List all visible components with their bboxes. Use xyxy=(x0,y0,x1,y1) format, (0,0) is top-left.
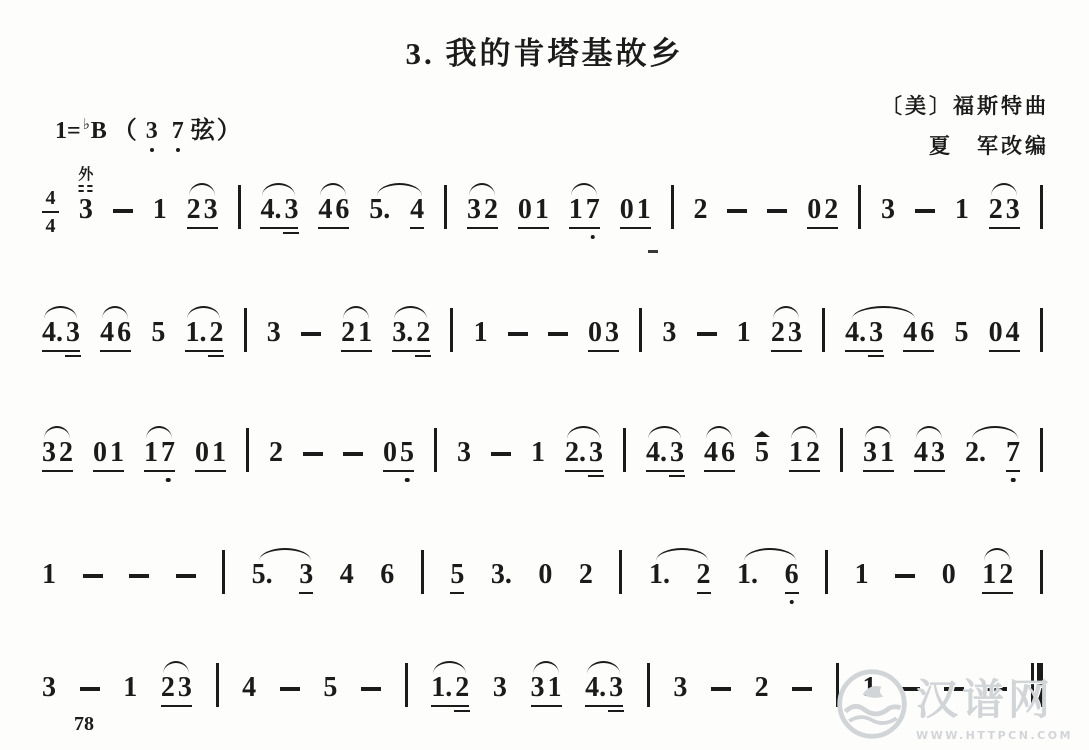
slur xyxy=(377,183,422,196)
music-line-3: 32011701205312.34.34651231432.7 xyxy=(42,433,1043,467)
beam-group: 32 xyxy=(42,439,73,467)
note: 6 xyxy=(380,561,394,589)
note: 5 xyxy=(450,561,464,589)
slur xyxy=(259,548,311,561)
note: 4 xyxy=(1006,319,1020,347)
beam-group: 46 xyxy=(100,319,131,347)
barline xyxy=(639,308,642,352)
barline xyxy=(216,663,219,707)
beam-group: 31 xyxy=(863,439,894,467)
eighth-beam xyxy=(585,705,623,708)
note: 0 xyxy=(538,561,552,589)
note: 3 xyxy=(467,196,481,224)
note: 0 xyxy=(588,319,602,347)
beam-group: 4.3 xyxy=(585,674,623,702)
note: 2 xyxy=(187,196,201,224)
barline xyxy=(623,428,626,472)
note: 1 xyxy=(110,439,124,467)
slur xyxy=(773,306,799,319)
sixteenth-beam xyxy=(415,355,431,358)
note: 3 xyxy=(178,674,192,702)
beam-group: 2 xyxy=(697,561,711,589)
beam-group: 01 xyxy=(518,196,549,224)
sixteenth-beam xyxy=(283,232,299,235)
beam-group: 1.2 xyxy=(431,674,469,702)
note: 1. xyxy=(649,561,670,589)
eighth-beam xyxy=(100,350,131,353)
note: 0 xyxy=(195,439,209,467)
barline xyxy=(1040,428,1043,472)
note: 3 xyxy=(42,674,56,702)
note: 3 xyxy=(869,319,883,347)
eighth-beam xyxy=(392,350,430,353)
barline xyxy=(246,428,249,472)
note: 2 xyxy=(771,319,785,347)
note: 1 xyxy=(212,439,226,467)
note: 1 xyxy=(982,561,996,589)
sixteenth-beam xyxy=(65,355,81,358)
watermark-logo-icon xyxy=(834,666,910,742)
note: 1 xyxy=(474,319,488,347)
barline xyxy=(222,550,225,594)
beam-group: 3.2 xyxy=(392,319,430,347)
slur xyxy=(433,661,466,674)
duration-dash xyxy=(280,687,300,691)
duration-dash xyxy=(491,452,511,456)
slur xyxy=(984,548,1010,561)
barline xyxy=(671,185,674,229)
note: 1 xyxy=(358,319,372,347)
note: 3 xyxy=(284,196,298,224)
sheet-music-page: 3. 我的肯塔基故乡 〔美〕福斯特曲 夏 军改编 1=♭B （37弦） 443外… xyxy=(0,0,1089,750)
eighth-beam xyxy=(42,350,80,353)
duration-dash xyxy=(792,687,812,691)
beam-group: 4.3 xyxy=(646,439,684,467)
note: 2. xyxy=(965,439,986,467)
beam-group: 01 xyxy=(195,439,226,467)
note: 3. xyxy=(491,561,512,589)
slur xyxy=(571,183,597,196)
duration-dash xyxy=(508,332,528,336)
slur xyxy=(744,548,796,561)
barline xyxy=(405,663,408,707)
duration-dash xyxy=(176,574,196,578)
eighth-beam xyxy=(260,227,298,230)
duration-dash xyxy=(727,209,747,213)
eighth-beam xyxy=(771,350,802,353)
low-octave-dot xyxy=(166,478,171,483)
eighth-beam xyxy=(144,470,175,473)
low-octave-dot xyxy=(591,235,596,240)
eighth-beam xyxy=(299,592,313,595)
note: 3 xyxy=(863,439,877,467)
barline xyxy=(840,428,843,472)
note: 1. xyxy=(431,674,452,702)
note: 3 xyxy=(788,319,802,347)
note: 7 xyxy=(1006,439,1020,467)
slur xyxy=(706,426,732,439)
eighth-beam xyxy=(195,470,226,473)
note: 0 xyxy=(518,196,532,224)
sixteenth-beam xyxy=(608,710,624,713)
note: 1 xyxy=(737,319,751,347)
note: 5. xyxy=(252,561,273,589)
note: 3 xyxy=(881,196,895,224)
beam-group: 46 xyxy=(318,196,349,224)
note: 1. xyxy=(185,319,206,347)
slur xyxy=(916,426,942,439)
score: 443外1234.3465.43201170120231234.34651.23… xyxy=(0,0,1089,750)
beam-group: 4.3 xyxy=(42,319,80,347)
beam-group: 5 xyxy=(450,561,464,589)
slur xyxy=(656,548,708,561)
note: 2 xyxy=(161,674,175,702)
eighth-beam xyxy=(588,350,619,353)
note: 3 xyxy=(493,674,507,702)
slur xyxy=(343,306,369,319)
note: 3 xyxy=(457,439,471,467)
barline xyxy=(434,428,437,472)
note: 2 xyxy=(341,319,355,347)
slur xyxy=(163,661,189,674)
note: 6 xyxy=(920,319,934,347)
note: 3 xyxy=(66,319,80,347)
eighth-beam xyxy=(989,227,1020,230)
eighth-beam xyxy=(569,227,600,230)
note: 7 xyxy=(586,196,600,224)
eighth-beam xyxy=(467,227,498,230)
note: 5 xyxy=(151,319,165,347)
note: 0 xyxy=(383,439,397,467)
barline xyxy=(1040,550,1043,594)
eighth-beam xyxy=(565,470,603,473)
note: 4 xyxy=(340,561,354,589)
beam-group: 4.3 xyxy=(260,196,298,224)
note: 4 xyxy=(704,439,718,467)
duration-dash xyxy=(301,332,321,336)
barline xyxy=(1040,308,1043,352)
music-line-2: 4.34651.23213.210331234.346504 xyxy=(42,313,1043,347)
beam-group: 7 xyxy=(1006,439,1020,467)
beam-group: 23 xyxy=(187,196,218,224)
note: 3 xyxy=(670,439,684,467)
note: 3 xyxy=(204,196,218,224)
barline xyxy=(858,185,861,229)
barline xyxy=(238,185,241,229)
eighth-beam xyxy=(863,470,894,473)
beam-group: 32 xyxy=(467,196,498,224)
note: 4 xyxy=(242,674,256,702)
note: 2 xyxy=(484,196,498,224)
beam-group: 12 xyxy=(789,439,820,467)
beam-group: 23 xyxy=(989,196,1020,224)
beam-group: 4.3 xyxy=(845,319,883,347)
note: 6 xyxy=(117,319,131,347)
note: 4 xyxy=(100,319,114,347)
duration-dash xyxy=(697,332,717,336)
slur xyxy=(865,426,891,439)
note: 1 xyxy=(144,439,158,467)
note: 3 xyxy=(42,439,56,467)
note: 3 xyxy=(531,674,545,702)
slur xyxy=(533,661,559,674)
note: 1 xyxy=(569,196,583,224)
low-octave-dot xyxy=(1011,478,1016,483)
note: 1 xyxy=(880,439,894,467)
barline xyxy=(647,663,650,707)
beam-group: 02 xyxy=(807,196,838,224)
note: 0 xyxy=(93,439,107,467)
note: 2 xyxy=(824,196,838,224)
note: 3 xyxy=(267,319,281,347)
eighth-beam xyxy=(646,470,684,473)
beam-group: 01 xyxy=(93,439,124,467)
duration-dash xyxy=(303,452,323,456)
beam-group: 23 xyxy=(771,319,802,347)
note: 3 xyxy=(609,674,623,702)
eighth-beam xyxy=(42,470,73,473)
sixteenth-beam xyxy=(454,710,470,713)
beam-group: 46 xyxy=(704,439,735,467)
note: 4 xyxy=(914,439,928,467)
note: 2 xyxy=(269,439,283,467)
slur xyxy=(648,426,681,439)
note: 6 xyxy=(721,439,735,467)
note: 6 xyxy=(785,561,799,589)
watermark-site-name: 汉谱网 xyxy=(916,667,1073,727)
sixteenth-beam xyxy=(588,475,604,478)
eighth-beam xyxy=(185,350,223,353)
note: 4. xyxy=(646,439,667,467)
beam-group: 05 xyxy=(383,439,414,467)
eighth-beam xyxy=(161,705,192,708)
eighth-beam xyxy=(1006,470,1020,473)
duration-dash xyxy=(895,574,915,578)
note: 3. xyxy=(392,319,413,347)
note: 4. xyxy=(845,319,866,347)
beam-group: 4 xyxy=(410,196,424,224)
eighth-beam xyxy=(785,592,799,595)
low-octave-dot xyxy=(405,478,410,483)
duration-dash xyxy=(343,452,363,456)
note: 1 xyxy=(123,674,137,702)
slur xyxy=(320,183,346,196)
eighth-beam xyxy=(989,350,1020,353)
note: 7 xyxy=(161,439,175,467)
duration-dash xyxy=(113,209,133,213)
note: 5. xyxy=(369,196,390,224)
slur xyxy=(394,306,427,319)
eighth-beam xyxy=(187,227,218,230)
eighth-beam xyxy=(518,227,549,230)
duration-dash xyxy=(915,209,935,213)
duration-dash xyxy=(129,574,149,578)
watermark-site-url: WWW.HTTPCN.COM xyxy=(916,729,1073,742)
eighth-beam xyxy=(704,470,735,473)
note: 2 xyxy=(999,561,1013,589)
note: 4. xyxy=(260,196,281,224)
note: 5 xyxy=(954,319,968,347)
note: 2 xyxy=(989,196,1003,224)
note: 3 xyxy=(1006,196,1020,224)
note: 3 xyxy=(605,319,619,347)
eighth-beam xyxy=(620,227,651,230)
page-number: 78 xyxy=(74,713,94,736)
eighth-beam xyxy=(341,350,372,353)
watermark-text: 汉谱网 WWW.HTTPCN.COM xyxy=(916,667,1073,742)
note: 4 xyxy=(318,196,332,224)
note: 1 xyxy=(153,196,167,224)
barline xyxy=(450,308,453,352)
duration-dash xyxy=(767,209,787,213)
beam-group: 03 xyxy=(588,319,619,347)
barline xyxy=(444,185,447,229)
eighth-beam xyxy=(914,470,945,473)
outer-string-mark: 外 xyxy=(78,167,93,192)
ink-smudge xyxy=(648,250,658,253)
note: 1 xyxy=(789,439,803,467)
barline xyxy=(822,308,825,352)
note: 3 xyxy=(299,561,313,589)
barline xyxy=(1040,185,1043,229)
note: 2 xyxy=(806,439,820,467)
watermark: 汉谱网 WWW.HTTPCN.COM xyxy=(834,666,1073,742)
note: 6 xyxy=(335,196,349,224)
barline xyxy=(421,550,424,594)
note: 3 xyxy=(589,439,603,467)
slur xyxy=(852,306,915,319)
eighth-beam xyxy=(789,470,820,473)
note: 3 xyxy=(673,674,687,702)
eighth-beam xyxy=(845,350,883,353)
eighth-beam xyxy=(93,470,124,473)
note: 1 xyxy=(637,196,651,224)
note: 0 xyxy=(807,196,821,224)
duration-dash xyxy=(83,574,103,578)
beam-group: 1.2 xyxy=(185,319,223,347)
note: 2 xyxy=(755,674,769,702)
note: 1 xyxy=(548,674,562,702)
note: 2 xyxy=(59,439,73,467)
note: 5 xyxy=(755,439,769,467)
eighth-beam xyxy=(531,705,562,708)
barline xyxy=(619,550,622,594)
note: 5 xyxy=(400,439,414,467)
beam-group: 12 xyxy=(982,561,1013,589)
barline xyxy=(825,550,828,594)
beam-group: 01 xyxy=(620,196,651,224)
accent-mark xyxy=(754,431,770,437)
note: 3 xyxy=(662,319,676,347)
duration-dash xyxy=(548,332,568,336)
eighth-beam xyxy=(982,592,1013,595)
eighth-beam xyxy=(807,227,838,230)
beam-group: 43 xyxy=(914,439,945,467)
beam-group: 23 xyxy=(161,674,192,702)
beam-group: 3 xyxy=(299,561,313,589)
note: 2 xyxy=(455,674,469,702)
slur xyxy=(102,306,128,319)
music-line-4: 15.34653.021.21.61012 xyxy=(42,555,1043,589)
eighth-beam xyxy=(383,470,414,473)
note: 1 xyxy=(531,439,545,467)
slur xyxy=(469,183,495,196)
low-octave-dot xyxy=(789,600,794,605)
duration-dash xyxy=(711,687,731,691)
slur xyxy=(189,183,215,196)
slur xyxy=(567,426,600,439)
sixteenth-beam xyxy=(669,475,685,478)
note: 1 xyxy=(955,196,969,224)
barline xyxy=(244,308,247,352)
slur xyxy=(187,306,220,319)
note: 4 xyxy=(410,196,424,224)
slur xyxy=(44,306,77,319)
duration-dash xyxy=(361,687,381,691)
slur xyxy=(587,661,620,674)
note: 0 xyxy=(942,561,956,589)
slur xyxy=(146,426,172,439)
note: 0 xyxy=(620,196,634,224)
note: 1 xyxy=(535,196,549,224)
note: 2 xyxy=(697,561,711,589)
beam-group: 31 xyxy=(531,674,562,702)
note: 2 xyxy=(416,319,430,347)
note: 4. xyxy=(42,319,63,347)
slur xyxy=(262,183,295,196)
beam-group: 04 xyxy=(989,319,1020,347)
eighth-beam xyxy=(410,227,424,230)
eighth-beam xyxy=(431,705,469,708)
slur xyxy=(44,426,70,439)
note: 3外 xyxy=(79,196,93,224)
note: 1 xyxy=(855,561,869,589)
note: 4. xyxy=(585,674,606,702)
eighth-beam xyxy=(697,592,711,595)
note: 2 xyxy=(694,196,708,224)
note: 4 xyxy=(903,319,917,347)
note: 3 xyxy=(931,439,945,467)
slur xyxy=(991,183,1017,196)
sixteenth-beam xyxy=(208,355,224,358)
eighth-beam xyxy=(903,350,934,353)
slur xyxy=(972,426,1018,439)
note: 0 xyxy=(989,319,1003,347)
beam-group: 6 xyxy=(785,561,799,589)
note: 5 xyxy=(323,674,337,702)
sixteenth-beam xyxy=(868,355,884,358)
note: 1. xyxy=(737,561,758,589)
slur xyxy=(791,426,817,439)
beam-group: 2.3 xyxy=(565,439,603,467)
beam-group: 17 xyxy=(144,439,175,467)
duration-dash xyxy=(80,687,100,691)
time-signature: 44 xyxy=(42,187,59,238)
note: 2 xyxy=(209,319,223,347)
beam-group: 46 xyxy=(903,319,934,347)
note: 1 xyxy=(42,561,56,589)
eighth-beam xyxy=(318,227,349,230)
note: 2. xyxy=(565,439,586,467)
eighth-beam xyxy=(450,592,464,595)
note: 2 xyxy=(579,561,593,589)
beam-group: 21 xyxy=(341,319,372,347)
music-line-1: 443外1234.3465.4320117012023123 xyxy=(42,190,1043,224)
beam-group: 17 xyxy=(569,196,600,224)
